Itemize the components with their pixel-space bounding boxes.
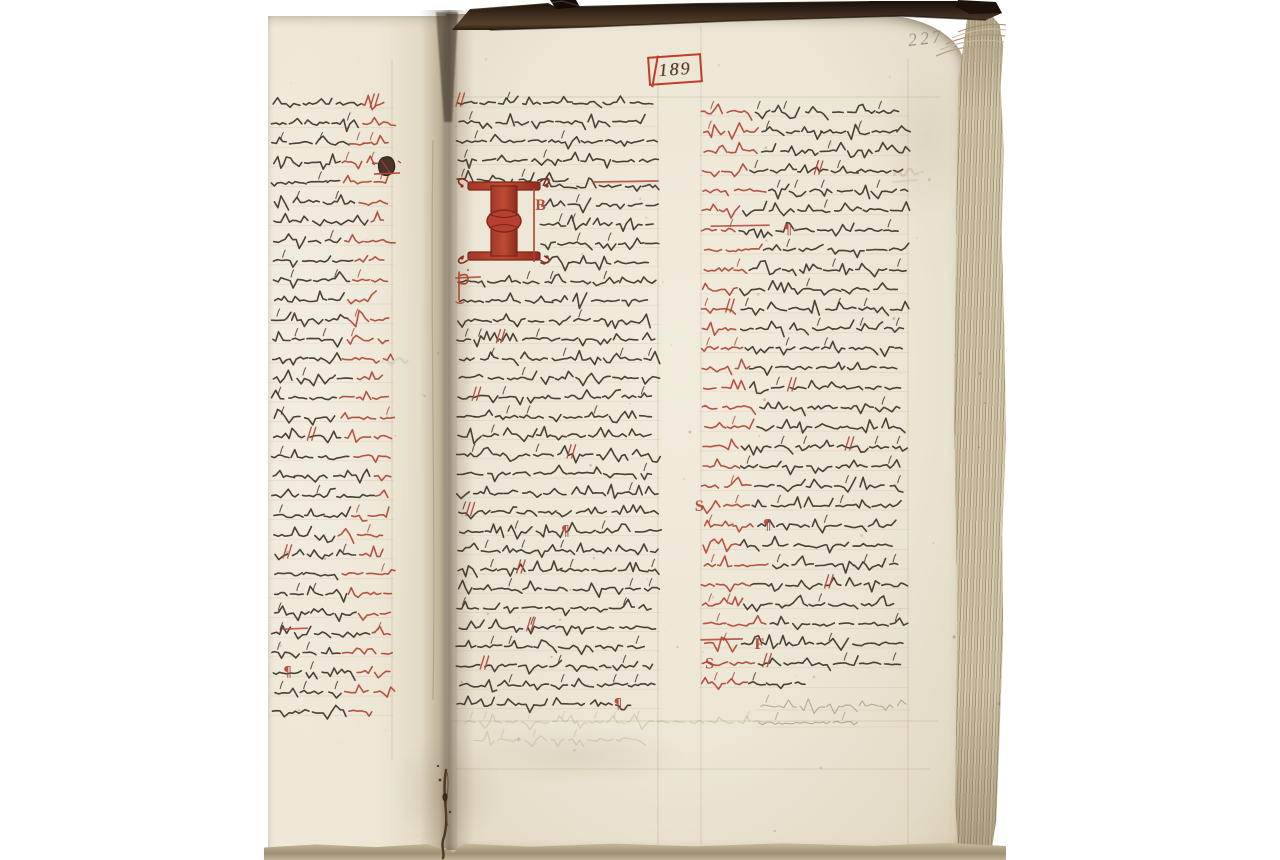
recto-page xyxy=(446,14,964,850)
folio-number-box: 189 xyxy=(647,53,703,86)
manuscript-photo: ¶B¶¶¶¶SSF xyxy=(0,0,1280,860)
gutter-shadow xyxy=(420,10,474,854)
pencil-folio-number: 227 xyxy=(907,26,945,51)
folio-number: 189 xyxy=(658,58,692,81)
fore-edge-page-stack xyxy=(952,12,1006,854)
